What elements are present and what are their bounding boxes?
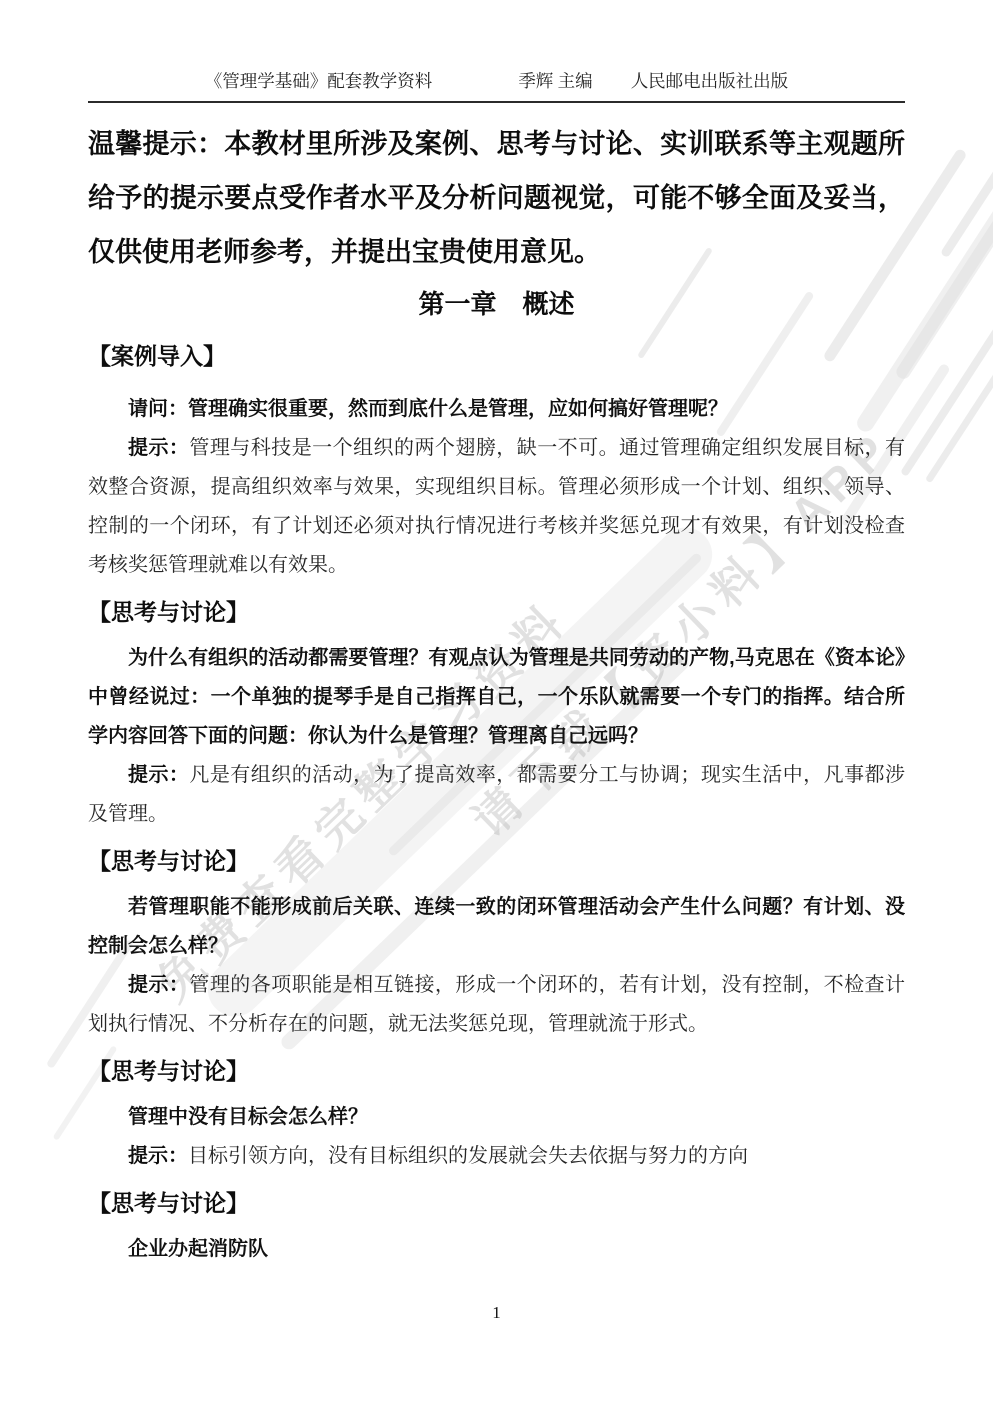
section: 【案例导入】请问：管理确实很重要，然而到底什么是管理，应如何搞好管理呢？提示：管… bbox=[88, 337, 905, 585]
page-header: 《管理学基础》配套教学资料 季辉 主编 人民邮电出版社出版 bbox=[88, 70, 905, 92]
hint-paragraph: 提示：管理与科技是一个组织的两个翅膀，缺一不可。通过管理确定组织发展目标，有效整… bbox=[88, 429, 905, 585]
header-editor: 季辉 主编 bbox=[518, 70, 592, 92]
section: 【思考与讨论】管理中没有目标会怎么样？提示：目标引领方向，没有目标组织的发展就会… bbox=[88, 1052, 905, 1176]
page-content: 《管理学基础》配套教学资料 季辉 主编 人民邮电出版社出版 温馨提示：本教材里所… bbox=[0, 70, 993, 1269]
section: 【思考与讨论】企业办起消防队 bbox=[88, 1184, 905, 1269]
section-heading: 【思考与讨论】 bbox=[88, 593, 905, 632]
hint-label: 提示： bbox=[128, 437, 189, 459]
question-paragraph: 若管理职能不能形成前后关联、连续一致的闭环管理活动会产生什么问题？有计划、没控制… bbox=[88, 888, 905, 966]
hint-paragraph: 提示：凡是有组织的活动，为了提高效率，都需要分工与协调；现实生活中，凡事都涉及管… bbox=[88, 756, 905, 834]
page-number: 1 bbox=[0, 1303, 993, 1323]
section-heading: 【思考与讨论】 bbox=[88, 1184, 905, 1223]
section-heading: 【案例导入】 bbox=[88, 337, 905, 376]
section: 【思考与讨论】若管理职能不能形成前后关联、连续一致的闭环管理活动会产生什么问题？… bbox=[88, 842, 905, 1044]
question-paragraph: 为什么有组织的活动都需要管理？有观点认为管理是共同劳动的产物,马克思在《资本论》… bbox=[88, 639, 905, 756]
notice-paragraph: 温馨提示：本教材里所涉及案例、思考与讨论、实训联系等主观题所给予的提示要点受作者… bbox=[88, 117, 905, 279]
document-page: 免费查看完整学习资料 请下载【资小料】APP 《管理学基础》配套教学资料 季辉 … bbox=[0, 0, 993, 1404]
sections-container: 【案例导入】请问：管理确实很重要，然而到底什么是管理，应如何搞好管理呢？提示：管… bbox=[88, 337, 905, 1269]
question-paragraph: 管理中没有目标会怎么样？ bbox=[88, 1098, 905, 1137]
section-heading: 【思考与讨论】 bbox=[88, 842, 905, 881]
header-rule bbox=[88, 101, 905, 103]
question-paragraph: 请问：管理确实很重要，然而到底什么是管理，应如何搞好管理呢？ bbox=[88, 390, 905, 429]
chapter-title: 第一章 概述 bbox=[88, 285, 905, 323]
hint-label: 提示： bbox=[128, 1145, 188, 1167]
section-heading: 【思考与讨论】 bbox=[88, 1052, 905, 1091]
section: 【思考与讨论】为什么有组织的活动都需要管理？有观点认为管理是共同劳动的产物,马克… bbox=[88, 593, 905, 834]
header-book-title: 《管理学基础》配套教学资料 bbox=[205, 70, 433, 92]
hint-label: 提示： bbox=[128, 974, 189, 996]
hint-label: 提示： bbox=[128, 764, 189, 786]
header-publisher: 人民邮电出版社出版 bbox=[631, 70, 789, 92]
hint-paragraph: 提示：目标引领方向，没有目标组织的发展就会失去依据与努力的方向 bbox=[88, 1137, 905, 1176]
question-paragraph: 企业办起消防队 bbox=[88, 1230, 905, 1269]
hint-paragraph: 提示：管理的各项职能是相互链接，形成一个闭环的，若有计划，没有控制，不检查计划执… bbox=[88, 966, 905, 1044]
